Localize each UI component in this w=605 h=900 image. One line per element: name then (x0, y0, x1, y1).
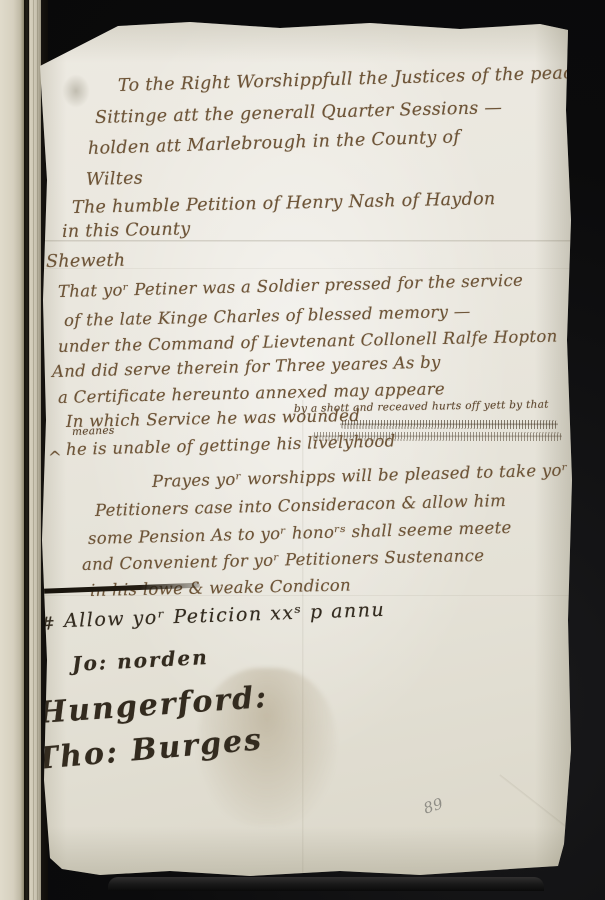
folio-number: 89 (421, 794, 445, 817)
body-line: of the late Kinge Charles of blessed mem… (64, 302, 471, 330)
interlinear-insertion: by a shott and receaved hurts off yett b… (294, 399, 549, 415)
photo-of-manuscript: { "manuscript": { "heading": [ "To the R… (0, 0, 605, 900)
prayer-line: and Convenient for yoʳ Petitioners Suste… (82, 546, 485, 574)
body-line: That yoʳ Petiner was a Soldier pressed f… (58, 271, 524, 301)
caret-mark: ^ (48, 448, 62, 467)
heading-line: Wiltes (86, 169, 144, 190)
signature: Jo: norden (71, 645, 209, 676)
marginal-insertion-word: meanes (72, 425, 115, 438)
fold-crease (499, 774, 587, 843)
paper-blemish (62, 74, 90, 108)
body-line: And did serve therein for Three yeares A… (52, 353, 441, 381)
scratched-out-text (340, 420, 558, 429)
heading-line: To the Right Worshippfull the Justices o… (118, 63, 584, 96)
prayer-line: some Pension As to yoʳ honoʳˢ shall seem… (88, 518, 512, 548)
book-page-edge-inner (29, 0, 41, 900)
body-line: under the Command of Lievtenant Collonel… (58, 327, 558, 356)
sheweth-word: Sheweth (46, 251, 126, 272)
prayer-line: Prayes yoʳ worshipps will be pleased to … (152, 460, 568, 491)
prayer-line: Petitioners case into Consideracon & all… (95, 491, 506, 520)
salutation-line: in this County (62, 219, 191, 242)
heading-line: holden att Marlebrough in the County of (88, 127, 461, 159)
manuscript-page: To the Right Worshippfull the Justices o… (40, 20, 572, 878)
book-page-edges (0, 0, 24, 900)
underlying-pages-edge (108, 877, 544, 891)
order-text: Allow yoʳ Peticion xxˢ p annu (64, 599, 386, 632)
salutation-line: The humble Petition of Henry Nash of Hay… (72, 189, 496, 218)
heading-line: Sittinge att the generall Quarter Sessio… (95, 98, 503, 128)
body-line: he is unable of gettinge his livelyhood (66, 431, 396, 459)
